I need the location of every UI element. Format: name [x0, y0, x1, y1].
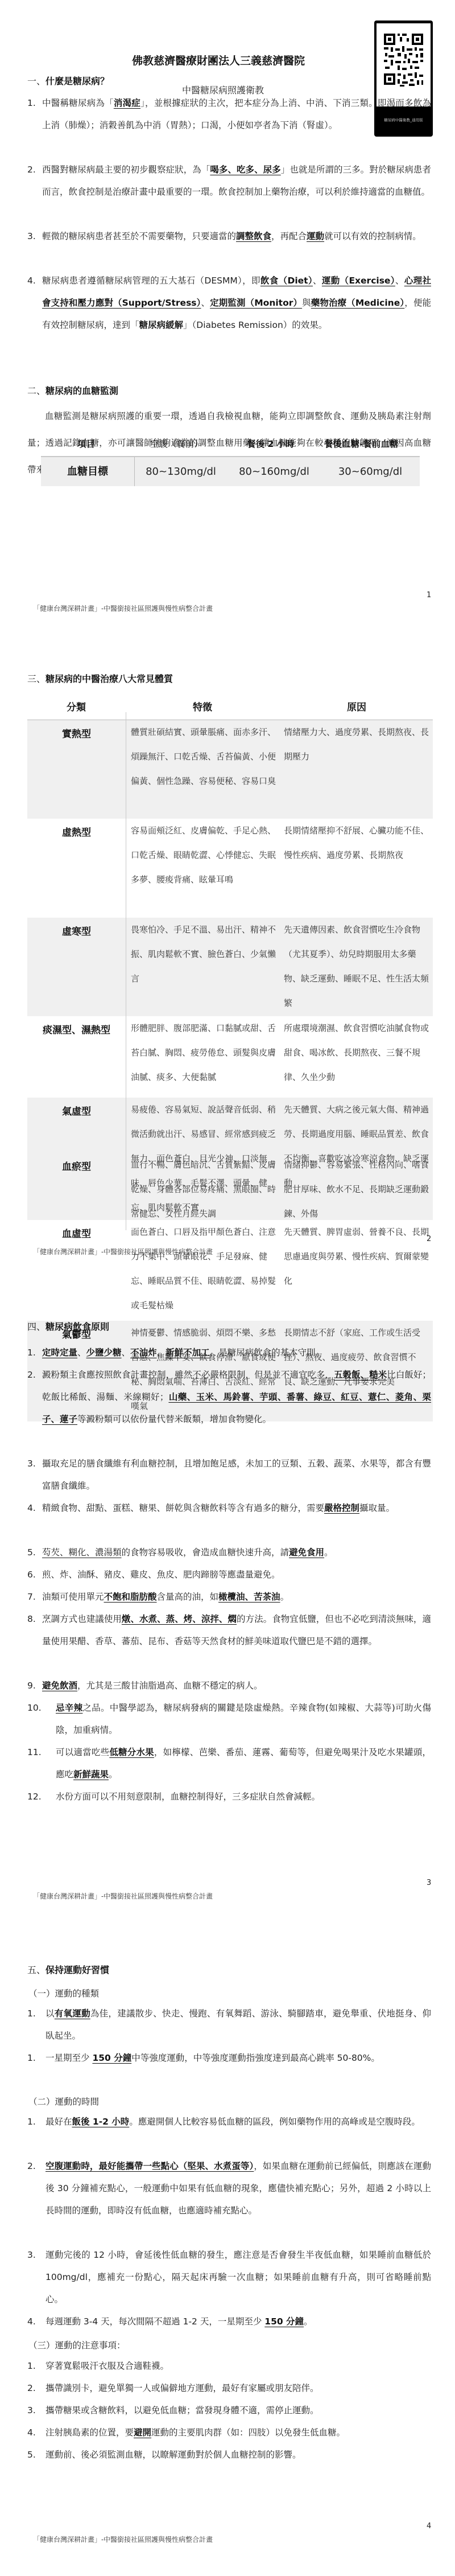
s5-3-item-4: 4. 注射胰島素的位置，要避開運動的主要肌肉群（如：四肢）以免發生低血糖。: [27, 2422, 431, 2444]
s4-item-7: 7. 油類可使用單元不飽和脂肪酸含量高的油，如橄欖油、苦茶油。: [27, 1586, 431, 1608]
emphasis: 糖尿病緩解: [139, 320, 184, 330]
section-1-title: 什麼是糖尿病？: [45, 76, 109, 87]
emphasis: 新鮮不加工: [166, 1347, 210, 1358]
emphasis: 定期監測（Monitor）: [210, 298, 302, 308]
text-run: 。: [280, 1592, 289, 1602]
s5-3-item-2: 2. 攜帶識別卡，避免單獨一人或偏僻地方運動，最好有家屬或朋友陪伴。: [27, 2377, 431, 2400]
emphasis: 運動（Exercise）: [322, 276, 395, 286]
emphasis: 避免食用: [289, 1547, 324, 1558]
causes: 先天遺傳因素、飲食習慣吃生冷食物（尤其夏季）、幼兒時期服用太多藥物、缺乏運動、睡…: [284, 918, 431, 1016]
page-number: 3: [427, 1879, 431, 1887]
section-3-title: 糖尿病的中醫治療八大常見體質: [45, 673, 173, 684]
emphasis: 定時定量: [42, 1347, 77, 1358]
s5-2-item-2: 2. 空腹運動時，最好能攜帶一些點心（堅果、水煮蛋等），如果血糖在運動前已經偏低…: [27, 2155, 431, 2222]
table-header-item: 項目: [77, 437, 95, 450]
item-text: 穿著寬鬆吸汗衣服及合適鞋襪。: [45, 2355, 431, 2377]
item-text: 運動完後的 12 小時，會延後性低血糖的發生，應注意是否會發生半夜低血糖，如果睡…: [45, 2244, 431, 2311]
item-text: 西醫對糖尿病最主要的初步觀察症狀，為「喝多、吃多、尿多」也就是所謂的三多。對於糖…: [42, 159, 431, 203]
section-2-number: 二、: [27, 385, 45, 396]
s5-3-item-5: 5. 運動前、後必須監測血糖，以瞭解運動對於個人血糖控制的影響。: [27, 2444, 431, 2466]
causes: 情緒壓力大、過度勞累、長期熬夜、長期壓力: [284, 720, 431, 769]
item-text: 攜帶識別卡，避免單獨一人或偏僻地方運動，最好有家屬或朋友陪伴。: [45, 2377, 431, 2400]
page-3: 四、糖尿病飲食原則 1. 定時定量、少鹽少糖、不油炸、新鮮不加工，是糖尿病飲食的…: [0, 1287, 455, 1930]
item-number: 3.: [27, 2400, 36, 2422]
item-text: 以有氧運動為佳，建議散步、快走、慢跑、有氧舞蹈、游泳、騎腳踏車，避免舉重、伏地挺…: [45, 2003, 431, 2047]
text-run: 。應避開個人比較容易低血糖的區段，例如藥物作用的高峰或是空腹時段。: [129, 2117, 420, 2127]
emphasis: 消渴症: [114, 98, 140, 108]
category: 氣虛型: [27, 1103, 126, 1118]
item-number: 1.: [27, 2111, 36, 2133]
page-footer: 「健康台灣深耕計畫」-中醫銜接社區照護與慢性病整合計畫: [33, 603, 213, 613]
text-run: 的食物容易吸收，會造成血糖快速升高，請: [122, 1547, 289, 1558]
table-header-category: 分類: [67, 699, 86, 713]
table-header-causes: 原因: [347, 699, 366, 713]
item-text: 最好在飯後 1-2 小時。應避開個人比較容易低血糖的區段，例如藥物作用的高峰或是…: [45, 2111, 431, 2133]
page-footer: 「健康台灣深耕計畫」-中醫銜接社區照護與慢性病整合計畫: [33, 1891, 213, 1901]
item-text: 攜帶糖果或含糖飲料，以避免低血糖；當發現身體不適，需停止運動。: [45, 2400, 431, 2422]
s1-item-3: 3. 輕微的糖尿病患者甚至於不需要藥物，只要適當的調整飲食，再配合運動就可以有效…: [27, 225, 431, 248]
item-number: 2.: [27, 1364, 36, 1386]
item-text: 中醫稱糖尿病為「消渴症」，並根據症狀的主次，把本症分為上消、中消、下消三類。即渴…: [42, 92, 431, 137]
item-number: 1.: [27, 1342, 36, 1364]
blood-sugar-target-table: 項目 空腹（餐前） 餐後 2 小時 餐後血糖-餐前血糖 血糖目標 80~130m…: [0, 437, 455, 488]
text-run: 每週運動 3-4 天，每次間隔不超過 1-2 天，一星期至少: [45, 2316, 264, 2327]
s4-item-11: 11. 可以適當吃些低糖分水果，如檸檬、芭樂、番茄、蓮霧、葡萄等，但避免喝果汁及…: [27, 1741, 431, 1786]
s1-item-1: 1. 中醫稱糖尿病為「消渴症」，並根據症狀的主次，把本症分為上消、中消、下消三類…: [27, 92, 431, 137]
emphasis: 忌辛辣: [56, 1703, 82, 1713]
page-number: 4: [427, 2522, 431, 2530]
text-run: 、: [122, 1347, 131, 1358]
constitution-table-continued: 血瘀型 血行不暢、膚色暗沉、舌質紫黯、皮膚乾燥、身體各部位易疼痛、黑眼圈、時常健…: [27, 1153, 433, 1232]
item-number: 2.: [27, 2155, 36, 2178]
item-text: 輕微的糖尿病患者甚至於不需要藥物，只要適當的調整飲食，再配合運動就可以有效的控制…: [42, 225, 431, 248]
fasting-value: 80~130mg/dl: [134, 457, 227, 486]
item-number: 2.: [27, 159, 36, 181]
item-text: 澱粉類主食應按照飲食計畫控制，雖然不必嚴格限制，但是並不適宜吃多，五穀飯、糙米比…: [42, 1364, 431, 1431]
category: 痰濕型、濕熱型: [27, 1022, 126, 1036]
category: 虛熱型: [27, 824, 126, 839]
s4-item-12: 12. 水份方面可以不用刻意限制，血糖控制得好，三多症狀自然會減輕。: [27, 1786, 431, 1808]
table-row: 實熱型 體質壯碩結實、頭暈脹痛、面赤多汗、煩躁無汗、口乾舌燥、舌苔偏黃、小便偏黃…: [27, 720, 433, 819]
page-number: 2: [427, 1235, 431, 1243]
item-text: 可以適當吃些低糖分水果，如檸檬、芭樂、番茄、蓮霧、葡萄等，但避免喝果汁及吃水果罐…: [56, 1741, 431, 1786]
s5-2-item-3: 3. 運動完後的 12 小時，會延後性低血糖的發生，應注意是否會發生半夜低血糖，…: [27, 2244, 431, 2311]
text-run: 為佳，建議散步、快走、慢跑、有氧舞蹈、游泳、騎腳踏車，避免舉重、伏地挺身、仰臥起…: [45, 2008, 431, 2041]
item-number: 3.: [27, 225, 36, 248]
text-run: 澱粉類主食應按照飲食計畫控制，雖然不必嚴格限制，但是並不適宜吃多，: [42, 1370, 334, 1380]
subsection-exercise-timing: （二）運動的時間: [28, 2095, 99, 2107]
item-text: 定時定量、少鹽少糖、不油炸、新鮮不加工，是糖尿病飲食的基本守則。: [42, 1342, 431, 1364]
s5-2-item-1: 1. 最好在飯後 1-2 小時。應避開個人比較容易低血糖的區段，例如藥物作用的高…: [27, 2111, 431, 2133]
emphasis: 橄欖油、苦茶油: [218, 1592, 280, 1602]
item-number: 10.: [27, 1697, 42, 1719]
text-run: ，是糖尿病飲食的基本守則。: [210, 1347, 325, 1358]
text-run: ，再配合: [271, 231, 307, 241]
s5-1-item-2: 1. 一星期至少 150 分鐘中等強度運動，中等強度運動指強度達到最高心跳率 5…: [27, 2047, 431, 2069]
item-text: 每週運動 3-4 天，每次間隔不超過 1-2 天，一星期至少 150 分鐘。: [45, 2311, 431, 2333]
text-run: 烹調方式也建議使用: [42, 1614, 122, 1624]
page-number: 1: [427, 591, 431, 599]
difference-value: 30~60mg/dl: [321, 457, 420, 486]
emphasis: 空腹運動時，最好能攜帶一些點心（堅果、水煮蛋等）: [45, 2161, 254, 2171]
s5-2-item-4: 4. 每週運動 3-4 天，每次間隔不超過 1-2 天，一星期至少 150 分鐘…: [27, 2311, 431, 2333]
s4-item-1: 1. 定時定量、少鹽少糖、不油炸、新鮮不加工，是糖尿病飲食的基本守則。: [27, 1342, 431, 1364]
item-text: 油類可使用單元不飽和脂肪酸含量高的油，如橄欖油、苦茶油。: [42, 1586, 431, 1608]
emphasis: 不飽和脂肪酸: [104, 1592, 157, 1602]
causes: 所處環境潮濕、飲食習慣吃油膩食物或甜食、喝冰飲、長期熬夜、三餐不規律、久坐少動: [284, 1016, 431, 1090]
section-3-number: 三、: [27, 673, 45, 684]
item-number: 4.: [27, 2311, 36, 2333]
text-run: 精緻食物、甜點、蛋糕、糖果、餅乾與含糖飲料等含有過多的糖分，需要: [42, 1503, 324, 1513]
emphasis: 喝多、吃多、尿多: [210, 165, 280, 175]
emphasis: 避免飲酒: [42, 1681, 77, 1691]
emphasis: 不油炸: [130, 1347, 157, 1358]
row-label: 血糖目標: [41, 457, 134, 486]
emphasis: 調整飲食: [236, 231, 271, 241]
subsection-exercise-precautions: （三）運動的注意事項：: [28, 2339, 126, 2351]
section-1-number: 一、: [27, 76, 45, 87]
table-row: 虛寒型 畏寒怕冷、手足不溫、易出汗、精神不振、肌肉鬆軟不實、臉色蒼白、少氣懶言 …: [27, 918, 433, 1016]
item-text: 攝取充足的膳食纖維有利血糖控制，且增加飽足感，未加工的豆類、五穀、蔬菜、水果等，…: [42, 1453, 431, 1497]
text-run: 之品。中醫學認為，糖尿病發病的關鍵是陰虛燥熱。辛辣食物(如辣椒、大蒜等)可助火傷…: [56, 1703, 431, 1735]
text-run: 等澱粉類可以依份量代替米飯類，增加食物變化。: [77, 1414, 271, 1424]
item-text: 煎、炸、油酥、豬皮、雞皮、魚皮、肥肉蹄膀等應盡量避免。: [42, 1564, 431, 1586]
text-run: 就可以有效的控制病情。: [324, 231, 421, 241]
s4-item-9: 9. 避免飲酒，尤其是三酸甘油脂過高、血糖不穩定的病人。: [27, 1675, 431, 1697]
item-number: 1.: [27, 92, 36, 114]
page-1: 佛教慈濟醫療財團法人三義慈濟醫院 中醫糖尿病照護衛教 糖尿: [0, 0, 455, 643]
text-run: 以: [45, 2008, 55, 2019]
section-3-heading: 三、糖尿病的中醫治療八大常見體質: [27, 672, 173, 685]
item-number: 4.: [27, 1497, 36, 1519]
table-row: 痰濕型、濕熱型 形體肥胖、腹部肥滿、口黏膩或甜、舌苔白膩、胸悶、疲勞倦怠、頭髮與…: [27, 1016, 433, 1098]
text-run: 、: [77, 1347, 86, 1358]
item-number: 4.: [27, 270, 36, 292]
item-number: 2.: [27, 2377, 36, 2400]
item-text: 注射胰島素的位置，要避開運動的主要肌肉群（如：四肢）以免發生低血糖。: [45, 2422, 431, 2444]
text-run: 糖尿病患者遵循糖尿病管理的五大基石（DESMM），即: [42, 276, 260, 286]
table-column-rule: [126, 712, 126, 1230]
text-run: 中等強度運動，中等強度運動指強度達到最高心跳率 50-80%。: [131, 2053, 380, 2063]
text-run: 最好在: [45, 2117, 72, 2127]
text-run: 、: [201, 298, 210, 308]
section-5-number: 五、: [27, 1965, 45, 1975]
causes: 情緒抑鬱、容易緊張、性格內向、嗜食肥甘厚味、飲水不足、長期缺乏運動鍛鍊、外傷: [284, 1153, 431, 1226]
section-2-title: 糖尿病的血糖監測: [45, 385, 118, 396]
text-run: 。: [109, 1769, 118, 1780]
table-header-difference: 餐後血糖-餐前血糖: [324, 437, 398, 450]
item-number: 1.: [27, 2047, 36, 2069]
item-number: 8.: [27, 1608, 36, 1630]
text-run: 攝取量。: [359, 1503, 395, 1513]
category: 實熱型: [27, 726, 126, 740]
traits: 畏寒怕冷、手足不溫、易出汗、精神不振、肌肉鬆軟不實、臉色蒼白、少氣懶言: [131, 918, 278, 991]
text-run: 、: [157, 1347, 166, 1358]
text-run: 一星期至少: [45, 2053, 92, 2063]
item-number: 4.: [27, 2422, 36, 2444]
traits: 血行不暢、膚色暗沉、舌質紫黯、皮膚乾燥、身體各部位易疼痛、黑眼圈、時常健忘、女性…: [131, 1153, 278, 1226]
item-text: 避免飲酒，尤其是三酸甘油脂過高、血糖不穩定的病人。: [42, 1675, 431, 1697]
text-run: 運動的主要肌肉群（如：四肢）以免發生低血糖。: [151, 2427, 345, 2438]
page-4: 五、保持運動好習慣 （一）運動的種類 1. 以有氧運動為佳，建議散步、快走、慢跑…: [0, 1930, 455, 2576]
text-run: 西醫對糖尿病最主要的初步觀察症狀，為「: [42, 165, 210, 175]
section-2-heading: 二、糖尿病的血糖監測: [27, 384, 118, 397]
s5-1-item-1: 1. 以有氧運動為佳，建議散步、快走、慢跑、有氧舞蹈、游泳、騎腳踏車，避免舉重、…: [27, 2003, 431, 2047]
s4-item-8: 8. 烹調方式也建議使用燉、水煮、蒸、烤、涼拌、燜的方法。食物宜低鹽，但也不必吃…: [27, 1608, 431, 1653]
subsection-exercise-types: （一）運動的種類: [28, 1987, 99, 1999]
traits: 容易面頰泛紅、皮膚偏乾、手足心熱、口乾舌燥、眼睛乾澀、心悸健忘、失眠多夢、腰痠背…: [131, 819, 278, 892]
emphasis: 低糖分水果: [109, 1747, 154, 1757]
item-text: 運動前、後必須監測血糖，以瞭解運動對於個人血糖控制的影響。: [45, 2444, 431, 2466]
page-footer: 「健康台灣深耕計畫」-中醫銜接社區照護與慢性病整合計畫: [33, 2534, 213, 2544]
item-number: 5.: [27, 2444, 36, 2466]
item-text: 一星期至少 150 分鐘中等強度運動，中等強度運動指強度達到最高心跳率 50-8…: [45, 2047, 431, 2069]
section-4-heading: 四、糖尿病飲食原則: [27, 1320, 109, 1333]
emphasis: 少鹽少糖: [86, 1347, 122, 1358]
item-number: 6.: [27, 1564, 36, 1586]
text-run: 、: [395, 276, 404, 286]
section-5-title: 保持運動好習慣: [45, 1965, 109, 1975]
emphasis: 飲食（Diet）: [260, 276, 313, 286]
section-4-number: 四、: [27, 1321, 45, 1332]
emphasis: 芶芡、糊化、濃湯類: [42, 1547, 122, 1558]
text-run: 、: [313, 276, 322, 286]
table-row: 血瘀型 血行不暢、膚色暗沉、舌質紫黯、皮膚乾燥、身體各部位易疼痛、黑眼圈、時常健…: [27, 1153, 433, 1230]
table-header-traits: 特徵: [193, 699, 212, 713]
item-text: 烹調方式也建議使用燉、水煮、蒸、烤、涼拌、燜的方法。食物宜低鹽，但也不必吃到清淡…: [42, 1608, 431, 1653]
emphasis: 嚴格控制: [324, 1503, 359, 1513]
text-run: 可以適當吃些: [56, 1747, 109, 1757]
item-number: 12.: [27, 1786, 42, 1808]
s4-item-6: 6. 煎、炸、油酥、豬皮、雞皮、魚皮、肥肉蹄膀等應盡量避免。: [27, 1564, 431, 1586]
item-number: 3.: [27, 2244, 36, 2266]
item-text: 空腹運動時，最好能攜帶一些點心（堅果、水煮蛋等），如果血糖在運動前已經偏低，則應…: [45, 2155, 431, 2222]
emphasis: 150 分鐘: [92, 2053, 131, 2063]
item-text: 精緻食物、甜點、蛋糕、糖果、餅乾與含糖飲料等含有過多的糖分，需要嚴格控制攝取量。: [42, 1497, 431, 1519]
emphasis: 有氧運動: [55, 2008, 90, 2019]
page-footer: 「健康台灣深耕計畫」-中醫銜接社區照護與慢性病整合計畫: [33, 1247, 213, 1256]
item-text: 芶芡、糊化、濃湯類的食物容易吸收，會造成血糖快速升高，請避免食用。: [42, 1542, 431, 1564]
s4-item-2: 2. 澱粉類主食應按照飲食計畫控制，雖然不必嚴格限制，但是並不適宜吃多，五穀飯、…: [27, 1364, 431, 1431]
table-header-postmeal: 餐後 2 小時: [247, 437, 295, 450]
item-number: 1.: [27, 2355, 36, 2377]
s1-item-4: 4. 糖尿病患者遵循糖尿病管理的五大基石（DESMM），即飲食（Diet）、運動…: [27, 270, 431, 336]
table-row: 虛熱型 容易面頰泛紅、皮膚偏乾、手足心熱、口乾舌燥、眼睛乾澀、心悸健忘、失眠多夢…: [27, 819, 433, 918]
emphasis: 燉、水煮、蒸、烤、涼拌、燜: [122, 1614, 237, 1624]
category: 虛寒型: [27, 923, 126, 938]
section-4-title: 糖尿病飲食原則: [45, 1321, 109, 1332]
s4-item-3: 3. 攝取充足的膳食纖維有利血糖控制，且增加飽足感，未加工的豆類、五穀、蔬菜、水…: [27, 1453, 431, 1497]
item-number: 3.: [27, 1453, 36, 1475]
text-run: 輕微的糖尿病患者甚至於不需要藥物，只要適當的: [42, 231, 236, 241]
text-run: 。: [304, 2316, 313, 2327]
text-run: 。: [324, 1547, 333, 1558]
s1-item-2: 2. 西醫對糖尿病最主要的初步觀察症狀，為「喝多、吃多、尿多」也就是所謂的三多。…: [27, 159, 431, 203]
text-run: 中醫稱糖尿病為「: [42, 98, 114, 108]
emphasis: 150 分鐘: [264, 2316, 304, 2327]
traits: 體質壯碩結實、頭暈脹痛、面赤多汗、煩躁無汗、口乾舌燥、舌苔偏黃、小便偏黃、個性急…: [131, 720, 278, 794]
item-number: 11.: [27, 1741, 42, 1764]
emphasis: 避開: [134, 2427, 151, 2438]
section-1-heading: 一、什麼是糖尿病？: [27, 74, 109, 87]
item-number: 7.: [27, 1586, 36, 1608]
item-number: 1.: [27, 2003, 36, 2025]
hospital-title: 佛教慈濟醫療財團法人三義慈濟醫院: [132, 52, 305, 68]
causes: 長期情緒壓抑不舒展、心臟功能不佳、慢性疾病、過度勞累、長期熬夜: [284, 819, 431, 868]
category: 血瘀型: [27, 1158, 126, 1173]
text-run: 油類可使用單元: [42, 1592, 104, 1602]
emphasis: 飯後 1-2 小時: [72, 2117, 130, 2127]
s4-item-5: 5. 芶芡、糊化、濃湯類的食物容易吸收，會造成血糖快速升高，請避免食用。: [27, 1542, 431, 1564]
emphasis: 新鮮蔬果: [73, 1769, 109, 1780]
table-row: 血糖目標 80~130mg/dl 80~160mg/dl 30~60mg/dl: [41, 456, 420, 486]
text-run: 注射胰島素的位置，要: [45, 2427, 134, 2438]
item-text: 忌辛辣之品。中醫學認為，糖尿病發病的關鍵是陰虛燥熱。辛辣食物(如辣椒、大蒜等)可…: [56, 1697, 431, 1741]
s4-item-10: 10. 忌辛辣之品。中醫學認為，糖尿病發病的關鍵是陰虛燥熱。辛辣食物(如辣椒、大…: [27, 1697, 431, 1741]
item-text: 水份方面可以不用刻意限制，血糖控制得好，三多症狀自然會減輕。: [56, 1786, 431, 1808]
text-run: ，尤其是三酸甘油脂過高、血糖不穩定的病人。: [77, 1681, 263, 1691]
emphasis: 藥物治療（Medicine）: [311, 298, 405, 308]
emphasis: 運動: [307, 231, 324, 241]
item-number: 9.: [27, 1675, 36, 1697]
postmeal-value: 80~160mg/dl: [227, 457, 321, 486]
item-number: 5.: [27, 1542, 36, 1564]
text-run: 含量高的油，如: [157, 1592, 219, 1602]
text-run: 」（Diabetes Remission）的效果。: [183, 320, 327, 330]
item-text: 糖尿病患者遵循糖尿病管理的五大基石（DESMM），即飲食（Diet）、運動（Ex…: [42, 270, 431, 336]
table-header-fasting: 空腹（餐前）: [150, 437, 203, 450]
section-5-heading: 五、保持運動好習慣: [27, 1963, 109, 1976]
s5-3-item-3: 3. 攜帶糖果或含糖飲料，以避免低血糖；當發現身體不適，需停止運動。: [27, 2400, 431, 2422]
s4-item-4: 4. 精緻食物、甜點、蛋糕、糖果、餅乾與含糖飲料等含有過多的糖分，需要嚴格控制攝…: [27, 1497, 431, 1519]
text-run: 與: [302, 298, 311, 308]
emphasis: 五穀飯、糙米: [334, 1370, 387, 1380]
s5-3-item-1: 1. 穿著寬鬆吸汗衣服及合適鞋襪。: [27, 2355, 431, 2377]
traits: 形體肥胖、腹部肥滿、口黏膩或甜、舌苔白膩、胸悶、疲勞倦怠、頭髮與皮膚油膩、痰多、…: [131, 1016, 278, 1090]
